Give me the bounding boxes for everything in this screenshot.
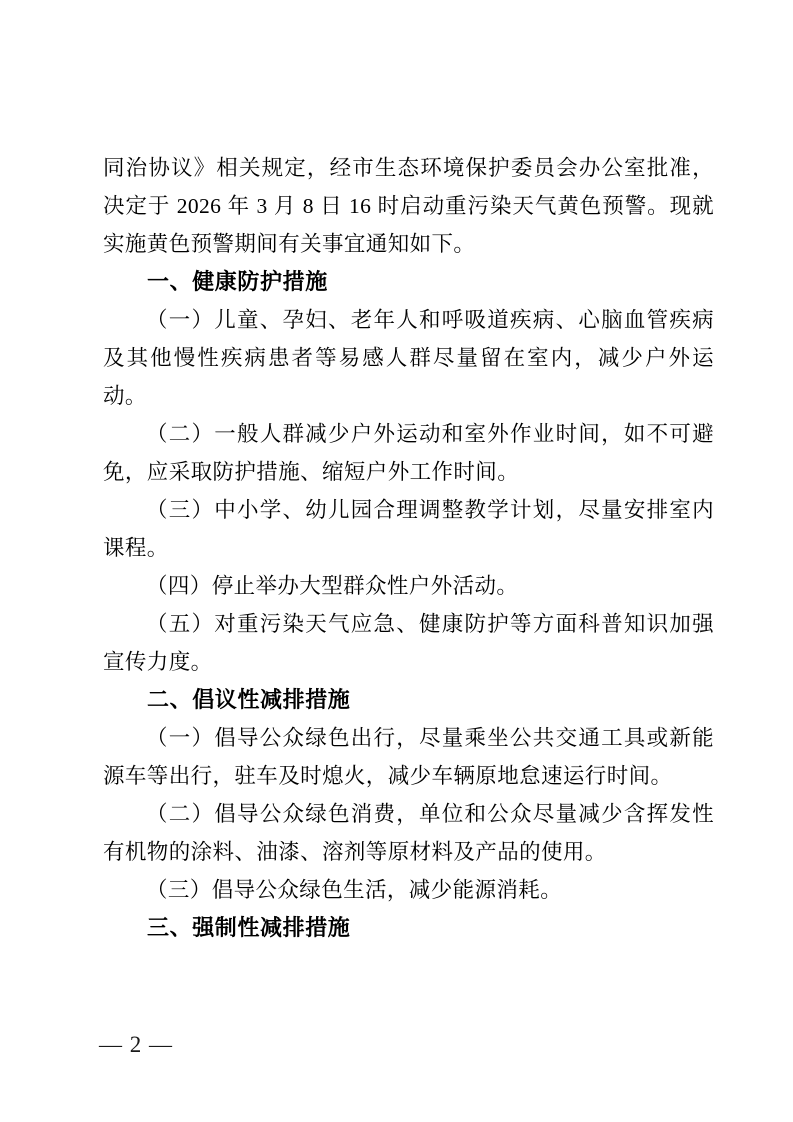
paragraph-intro-continuation: 同治协议》相关规定，经市生态环境保护委员会办公室批准，决定于 2026 年 3 …	[103, 149, 714, 263]
page-number: — 2 —	[99, 1030, 173, 1060]
section-2-item-1: （一）倡导公众绿色出行，尽量乘坐公共交通工具或新能源车等出行，驻车及时熄火，减少…	[103, 719, 714, 795]
document-body: 同治协议》相关规定，经市生态环境保护委员会办公室批准，决定于 2026 年 3 …	[103, 149, 714, 947]
section-1-item-2: （二）一般人群减少户外运动和室外作业时间，如不可避免，应采取防护措施、缩短户外工…	[103, 415, 714, 491]
section-2-item-2: （二）倡导公众绿色消费，单位和公众尽量减少含挥发性有机物的涂料、油漆、溶剂等原材…	[103, 795, 714, 871]
section-1-item-3: （三）中小学、幼儿园合理调整教学计划，尽量安排室内课程。	[103, 491, 714, 567]
section-2-item-3: （三）倡导公众绿色生活，减少能源消耗。	[103, 871, 714, 909]
section-1-item-1: （一）儿童、孕妇、老年人和呼吸道疾病、心脑血管疾病及其他慢性疾病患者等易感人群尽…	[103, 301, 714, 415]
section-1-item-5: （五）对重污染天气应急、健康防护等方面科普知识加强宣传力度。	[103, 605, 714, 681]
section-3-heading: 三、强制性减排措施	[103, 909, 714, 947]
section-2-heading: 二、倡议性减排措施	[103, 681, 714, 719]
document-page: 同治协议》相关规定，经市生态环境保护委员会办公室批准，决定于 2026 年 3 …	[0, 0, 793, 1122]
section-1-item-4: （四）停止举办大型群众性户外活动。	[103, 567, 714, 605]
section-1-heading: 一、健康防护措施	[103, 263, 714, 301]
